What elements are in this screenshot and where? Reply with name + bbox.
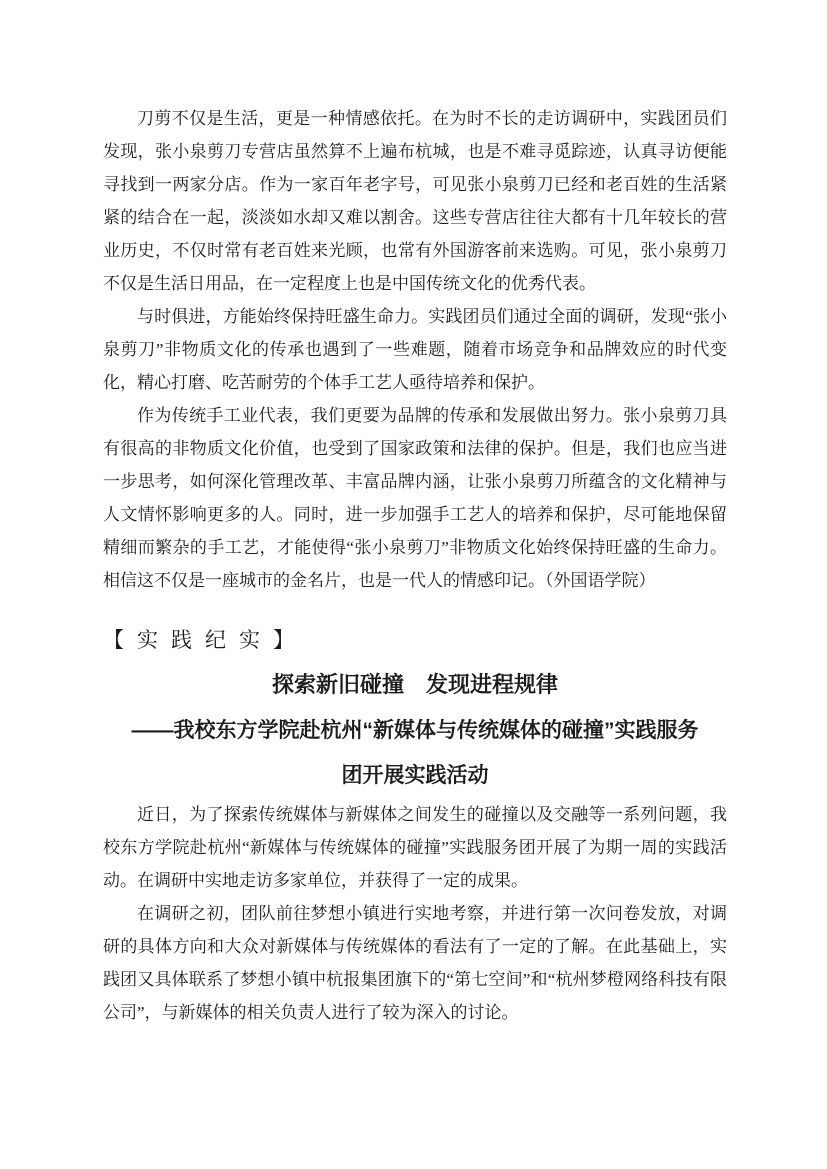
document-page: 刀剪不仅是生活，更是一种情感依托。在为时不长的走访调研中，实践团员们发现，张小泉… (0, 0, 827, 1169)
body-paragraph-brand-development: 作为传统手工业代表，我们更要为品牌的传承和发展做出努力。张小泉剪刀具有很高的非物… (103, 399, 727, 597)
article-subtitle: ——我校东方学院赴杭州“新媒体与传统媒体的碰撞”实践服务 团开展实践活动 (103, 708, 727, 798)
article-subtitle-line-1: ——我校东方学院赴杭州“新媒体与传统媒体的碰撞”实践服务 (103, 708, 727, 753)
body-paragraph-scissors-emotion: 刀剪不仅是生活，更是一种情感依托。在为时不长的走访调研中，实践团员们发现，张小泉… (103, 102, 727, 300)
section-label-practice-record: 【实践纪实】 (103, 623, 727, 657)
article-title: 探索新旧碰撞 发现进程规律 (103, 662, 727, 708)
article-subtitle-line-2: 团开展实践活动 (103, 753, 727, 798)
body-paragraph-heritage-challenges: 与时俱进，方能始终保持旺盛生命力。实践团员们通过全面的调研，发现“张小泉剪刀”非… (103, 300, 727, 399)
body-paragraph-media-survey: 在调研之初，团队前往梦想小镇进行实地考察，并进行第一次问卷发放，对调研的具体方向… (103, 897, 727, 1029)
body-paragraph-media-intro: 近日，为了探索传统媒体与新媒体之间发生的碰撞以及交融等一系列问题，我校东方学院赴… (103, 798, 727, 897)
